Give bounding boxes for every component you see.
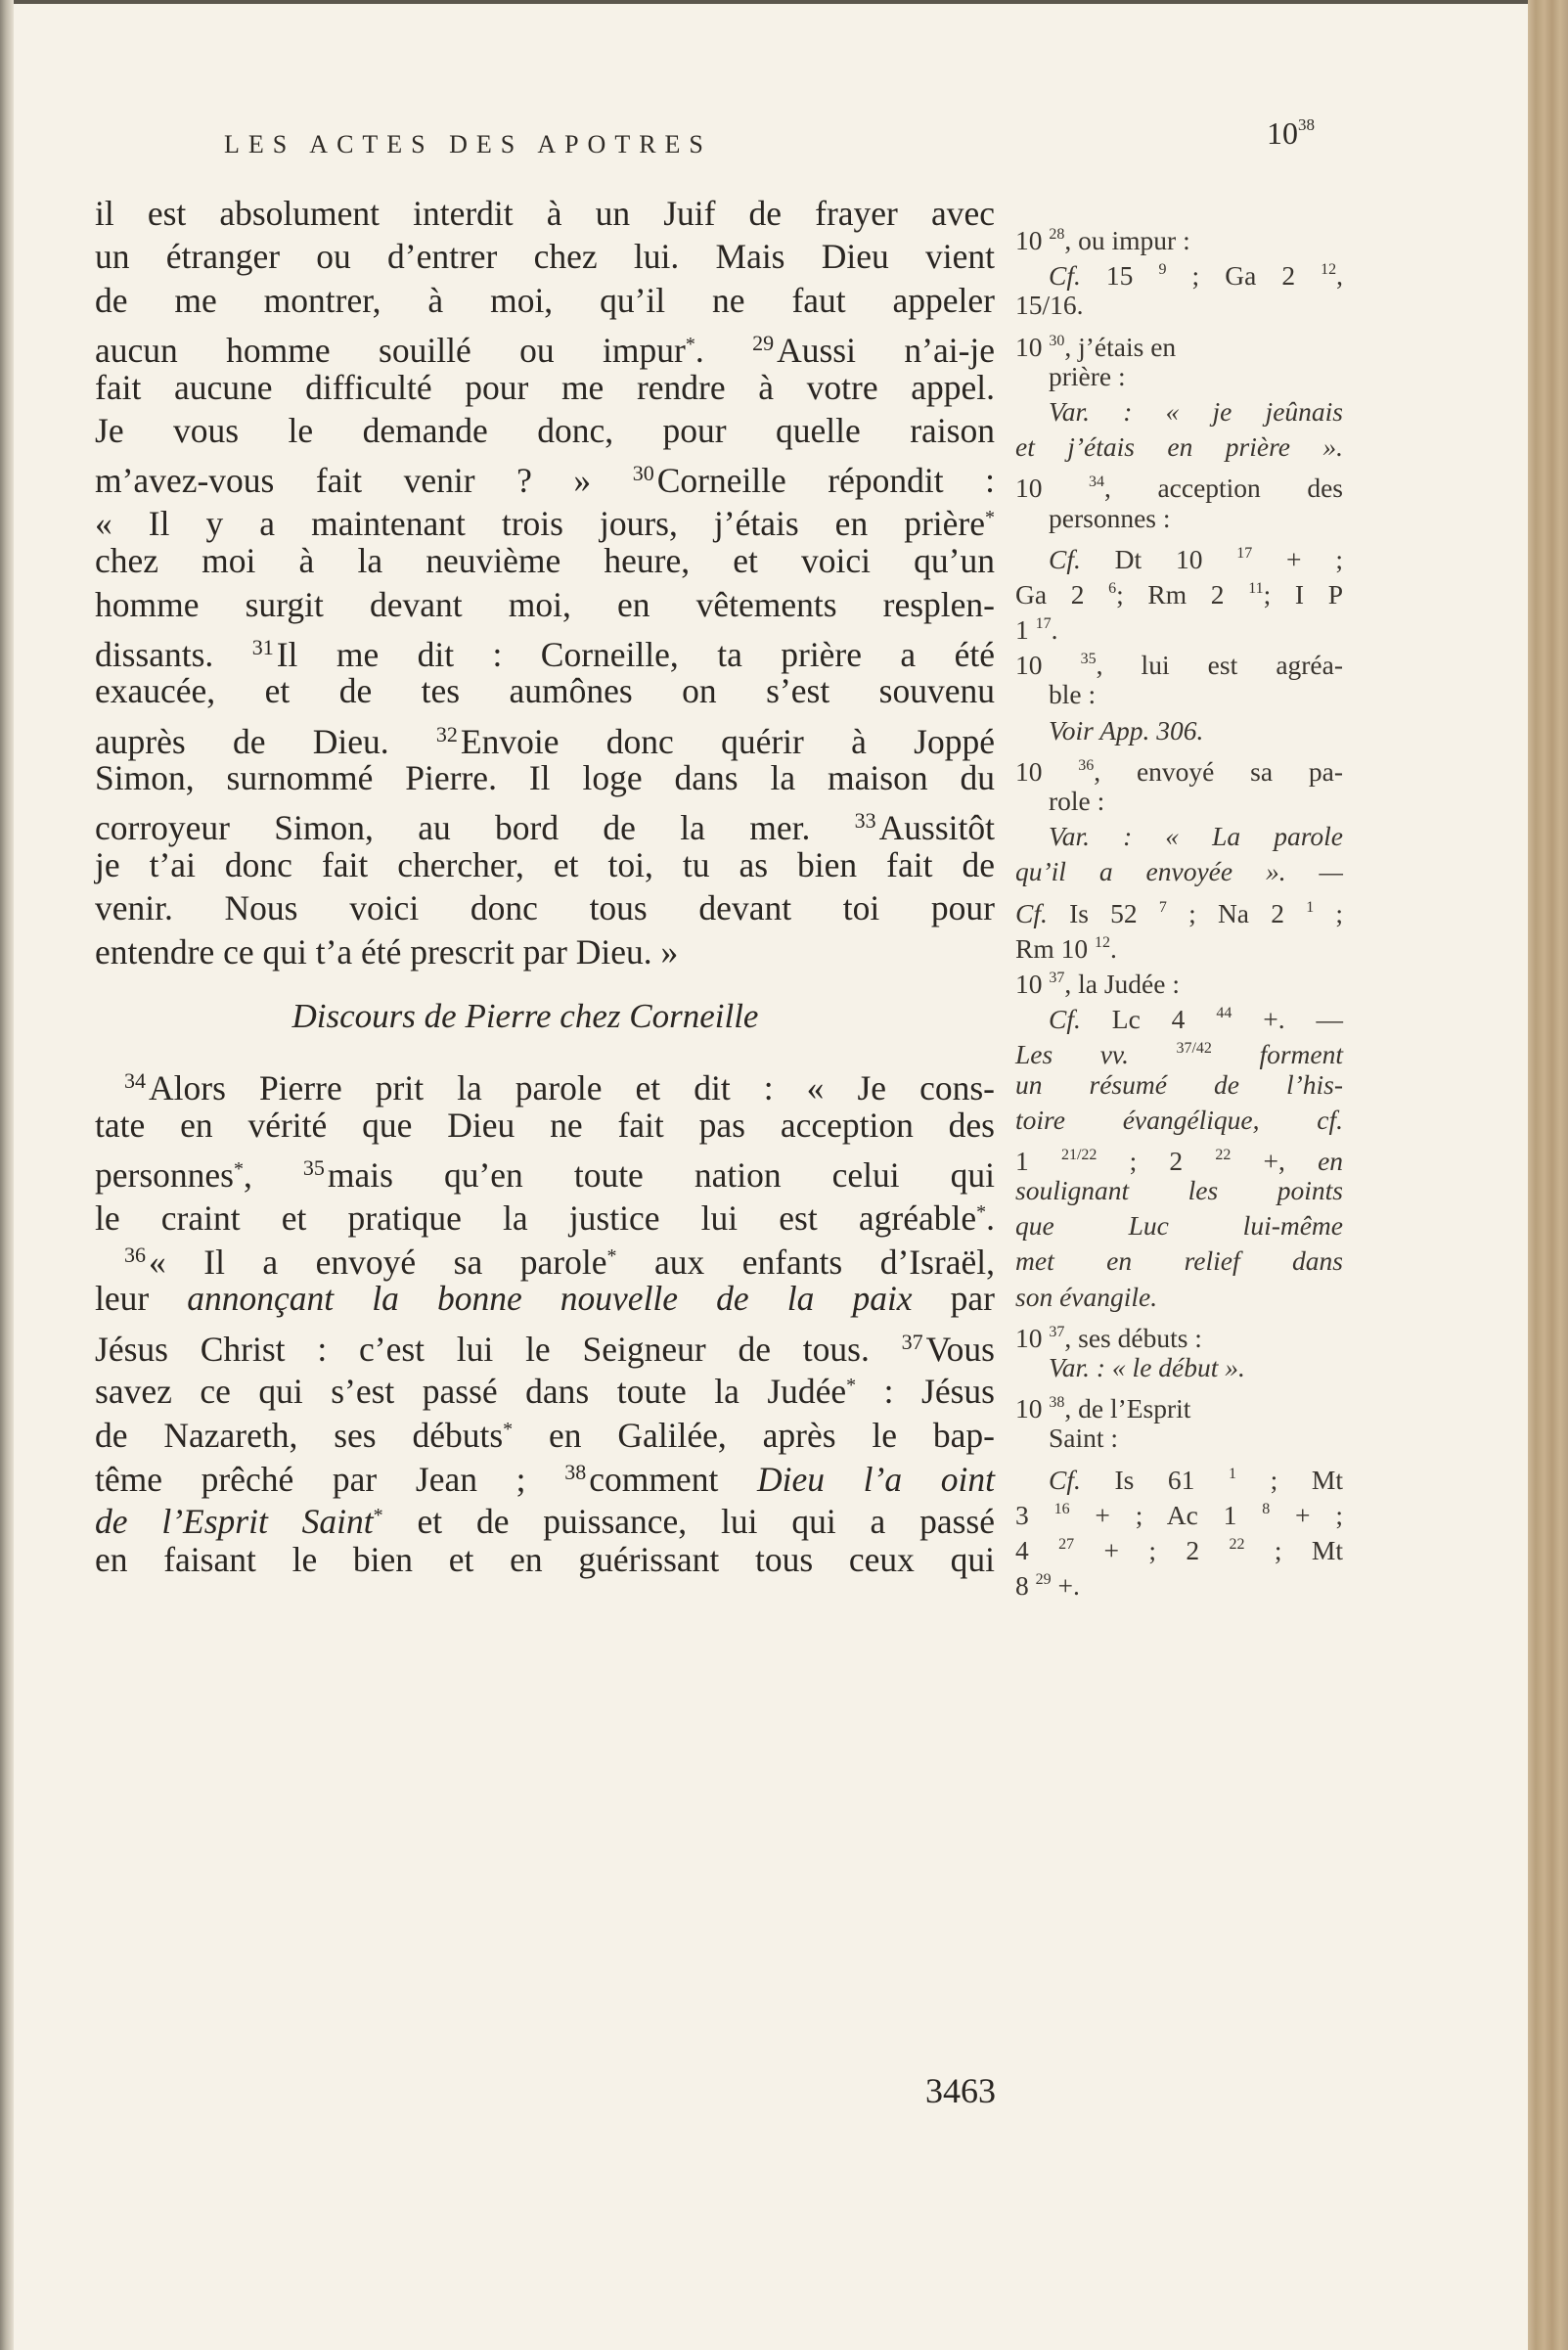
note-line: 4 27 + ; 2 22 ; Mt [1015, 1527, 1343, 1562]
note-marker: * [985, 507, 995, 528]
verse-number: 30 [633, 461, 654, 485]
note-line: Cf. Lc 4 44 +. — [1015, 996, 1343, 1031]
text-line: m’avez-vous fait venir ? » 30Corneille r… [95, 452, 995, 495]
text-line: de Nazareth, ses débuts* en Galilée, apr… [95, 1408, 995, 1451]
text-line: exaucée, et de tes aumônes on s’est souv… [95, 669, 995, 712]
text-line: auprès de Dieu. 32Envoie donc quérir à J… [95, 713, 995, 756]
note-line: Cf. Is 52 7 ; Na 2 1 ; [1015, 890, 1343, 926]
note-line: Var. : « La parole [1015, 819, 1343, 854]
note-marker: * [234, 1158, 244, 1180]
text-line: tême prêché par Jean ; 38comment Dieu l’… [95, 1451, 995, 1494]
left-page-edge [0, 0, 14, 2350]
text-line: Simon, surnommé Pierre. Il loge dans la … [95, 756, 995, 799]
text-line: 36« Il a envoyé sa parole* aux enfants d… [95, 1234, 995, 1277]
text-line: aucun homme souillé ou impur*. 29Aussi n… [95, 322, 995, 365]
note-line: ble : [1015, 677, 1343, 712]
page-number: 3463 [925, 2070, 996, 2111]
note-line: Ga 2 6; Rm 2 11; I P [1015, 571, 1343, 607]
text-line: je t’ai donc fait chercher, et toi, tu a… [95, 843, 995, 886]
running-head: LES ACTES DES APOTRES [224, 130, 712, 159]
note-entry: 10 28, ou impur : [1015, 217, 1343, 252]
verse-number: 32 [436, 722, 458, 746]
note-entry: 10 37, la Judée : [1015, 961, 1343, 996]
note-line: que Luc lui-même [1015, 1208, 1343, 1243]
note-line: 1 21/22 ; 2 22 +, en [1015, 1138, 1343, 1173]
text-line: fait aucune difficulté pour me rendre à … [95, 366, 995, 409]
note-line: Voir App. 306. [1015, 713, 1343, 748]
note-line: Les vv. 37/42 forment [1015, 1031, 1343, 1066]
text-line: de me montrer, à moi, qu’il ne faut appe… [95, 279, 995, 322]
quotation-italic: Dieu l’a oint [757, 1460, 995, 1499]
note-line: Cf. Dt 10 17 + ; [1015, 536, 1343, 571]
note-entry: 10 37, ses débuts : [1015, 1315, 1343, 1350]
note-line: toire évangélique, cf. [1015, 1103, 1343, 1138]
note-line: 1 17. [1015, 607, 1343, 642]
note-line: Var. : « le début ». [1015, 1350, 1343, 1385]
note-line: Cf. 15 9 ; Ga 2 12, [1015, 252, 1343, 288]
note-line: qu’il a envoyée ». — [1015, 854, 1343, 889]
text-line: venir. Nous voici donc tous devant toi p… [95, 886, 995, 929]
chapter-verse-ref: 1038 [1267, 115, 1315, 152]
note-entry: 10 35, lui est agréa- [1015, 642, 1343, 677]
note-line: son évangile. [1015, 1280, 1343, 1315]
note-line: 8 29 +. [1015, 1562, 1343, 1598]
quotation-italic: annonçant la bonne nouvelle de la paix [187, 1279, 912, 1318]
note-marker: * [374, 1505, 383, 1526]
text-line: Je vous le demande donc, pour quelle rai… [95, 409, 995, 452]
note-line: prière : [1015, 359, 1343, 394]
text-line: un étranger ou d’entrer chez lui. Mais D… [95, 235, 995, 278]
note-entry: 10 36, envoyé sa pa- [1015, 748, 1343, 784]
text-line: « Il y a maintenant trois jours, j’étais… [95, 496, 995, 539]
text-line: il est absolument interdit à un Juif de … [95, 192, 995, 235]
note-line: 3 16 + ; Ac 1 8 + ; [1015, 1492, 1343, 1527]
note-line: un résumé de l’his- [1015, 1067, 1343, 1103]
note-entry: 10 30, j’étais en [1015, 324, 1343, 359]
verse-number: 37 [902, 1330, 923, 1354]
text-line: de l’Esprit Saint* et de puissance, lui … [95, 1494, 995, 1537]
right-page-edge [1528, 0, 1568, 2350]
verse-number: 36 [124, 1243, 146, 1267]
note-marker: * [846, 1375, 856, 1396]
note-line: et j’étais en prière ». [1015, 429, 1343, 465]
note-marker: * [686, 334, 695, 355]
main-text-column: il est absolument interdit à un Juif de … [95, 192, 995, 1581]
note-marker: * [606, 1245, 616, 1267]
text-line: chez moi à la neuvième heure, et voici q… [95, 539, 995, 582]
text-line: personnes*, 35mais qu’en toute nation ce… [95, 1147, 995, 1190]
note-line: Var. : « je jeûnais [1015, 394, 1343, 429]
text-line: savez ce qui s’est passé dans toute la J… [95, 1364, 995, 1407]
text-line: en faisant le bien et en guérissant tous… [95, 1538, 995, 1581]
margin-notes: 10 28, ou impur : Cf. 15 9 ; Ga 2 12, 15… [1015, 217, 1343, 1598]
text-line: corroyeur Simon, au bord de la mer. 33Au… [95, 799, 995, 842]
verse-number: 33 [855, 808, 876, 833]
verse-number: 34 [124, 1068, 146, 1093]
text-line: dissants. 31Il me dit : Corneille, ta pr… [95, 626, 995, 669]
verse-number: 29 [752, 331, 774, 355]
note-marker: * [503, 1419, 513, 1440]
text-line: Jésus Christ : c’est lui le Seigneur de … [95, 1321, 995, 1364]
text-line: entendre ce qui t’a été prescrit par Die… [95, 930, 995, 973]
note-line: met en relief dans [1015, 1243, 1343, 1279]
verse-number: 38 [1298, 115, 1315, 134]
verse-number: 35 [303, 1155, 325, 1180]
text-line: le craint et pratique la justice lui est… [95, 1191, 995, 1234]
section-heading: Discours de Pierre chez Corneille [95, 995, 995, 1038]
verse-number: 31 [252, 635, 274, 659]
chapter-number: 10 [1267, 115, 1298, 151]
verse-number: 38 [564, 1460, 586, 1484]
note-entry: 10 34, acception des [1015, 465, 1343, 500]
note-line: personnes : [1015, 501, 1343, 536]
note-line: Saint : [1015, 1421, 1343, 1456]
quotation-italic: de l’Esprit Saint [95, 1502, 374, 1541]
text-line: leur annonçant la bonne nouvelle de la p… [95, 1277, 995, 1320]
text-line: homme surgit devant moi, en vêtements re… [95, 583, 995, 626]
note-line: soulignant les points [1015, 1173, 1343, 1208]
note-line: Cf. Is 61 1 ; Mt [1015, 1457, 1343, 1492]
text-line: 34Alors Pierre prit la parole et dit : «… [95, 1060, 995, 1103]
text-line: tate en vérité que Dieu ne fait pas acce… [95, 1104, 995, 1147]
note-line: 15/16. [1015, 288, 1343, 323]
note-line: role : [1015, 784, 1343, 819]
note-marker: * [976, 1201, 986, 1223]
note-entry: 10 38, de l’Esprit [1015, 1385, 1343, 1421]
note-line: Rm 10 12. [1015, 926, 1343, 961]
